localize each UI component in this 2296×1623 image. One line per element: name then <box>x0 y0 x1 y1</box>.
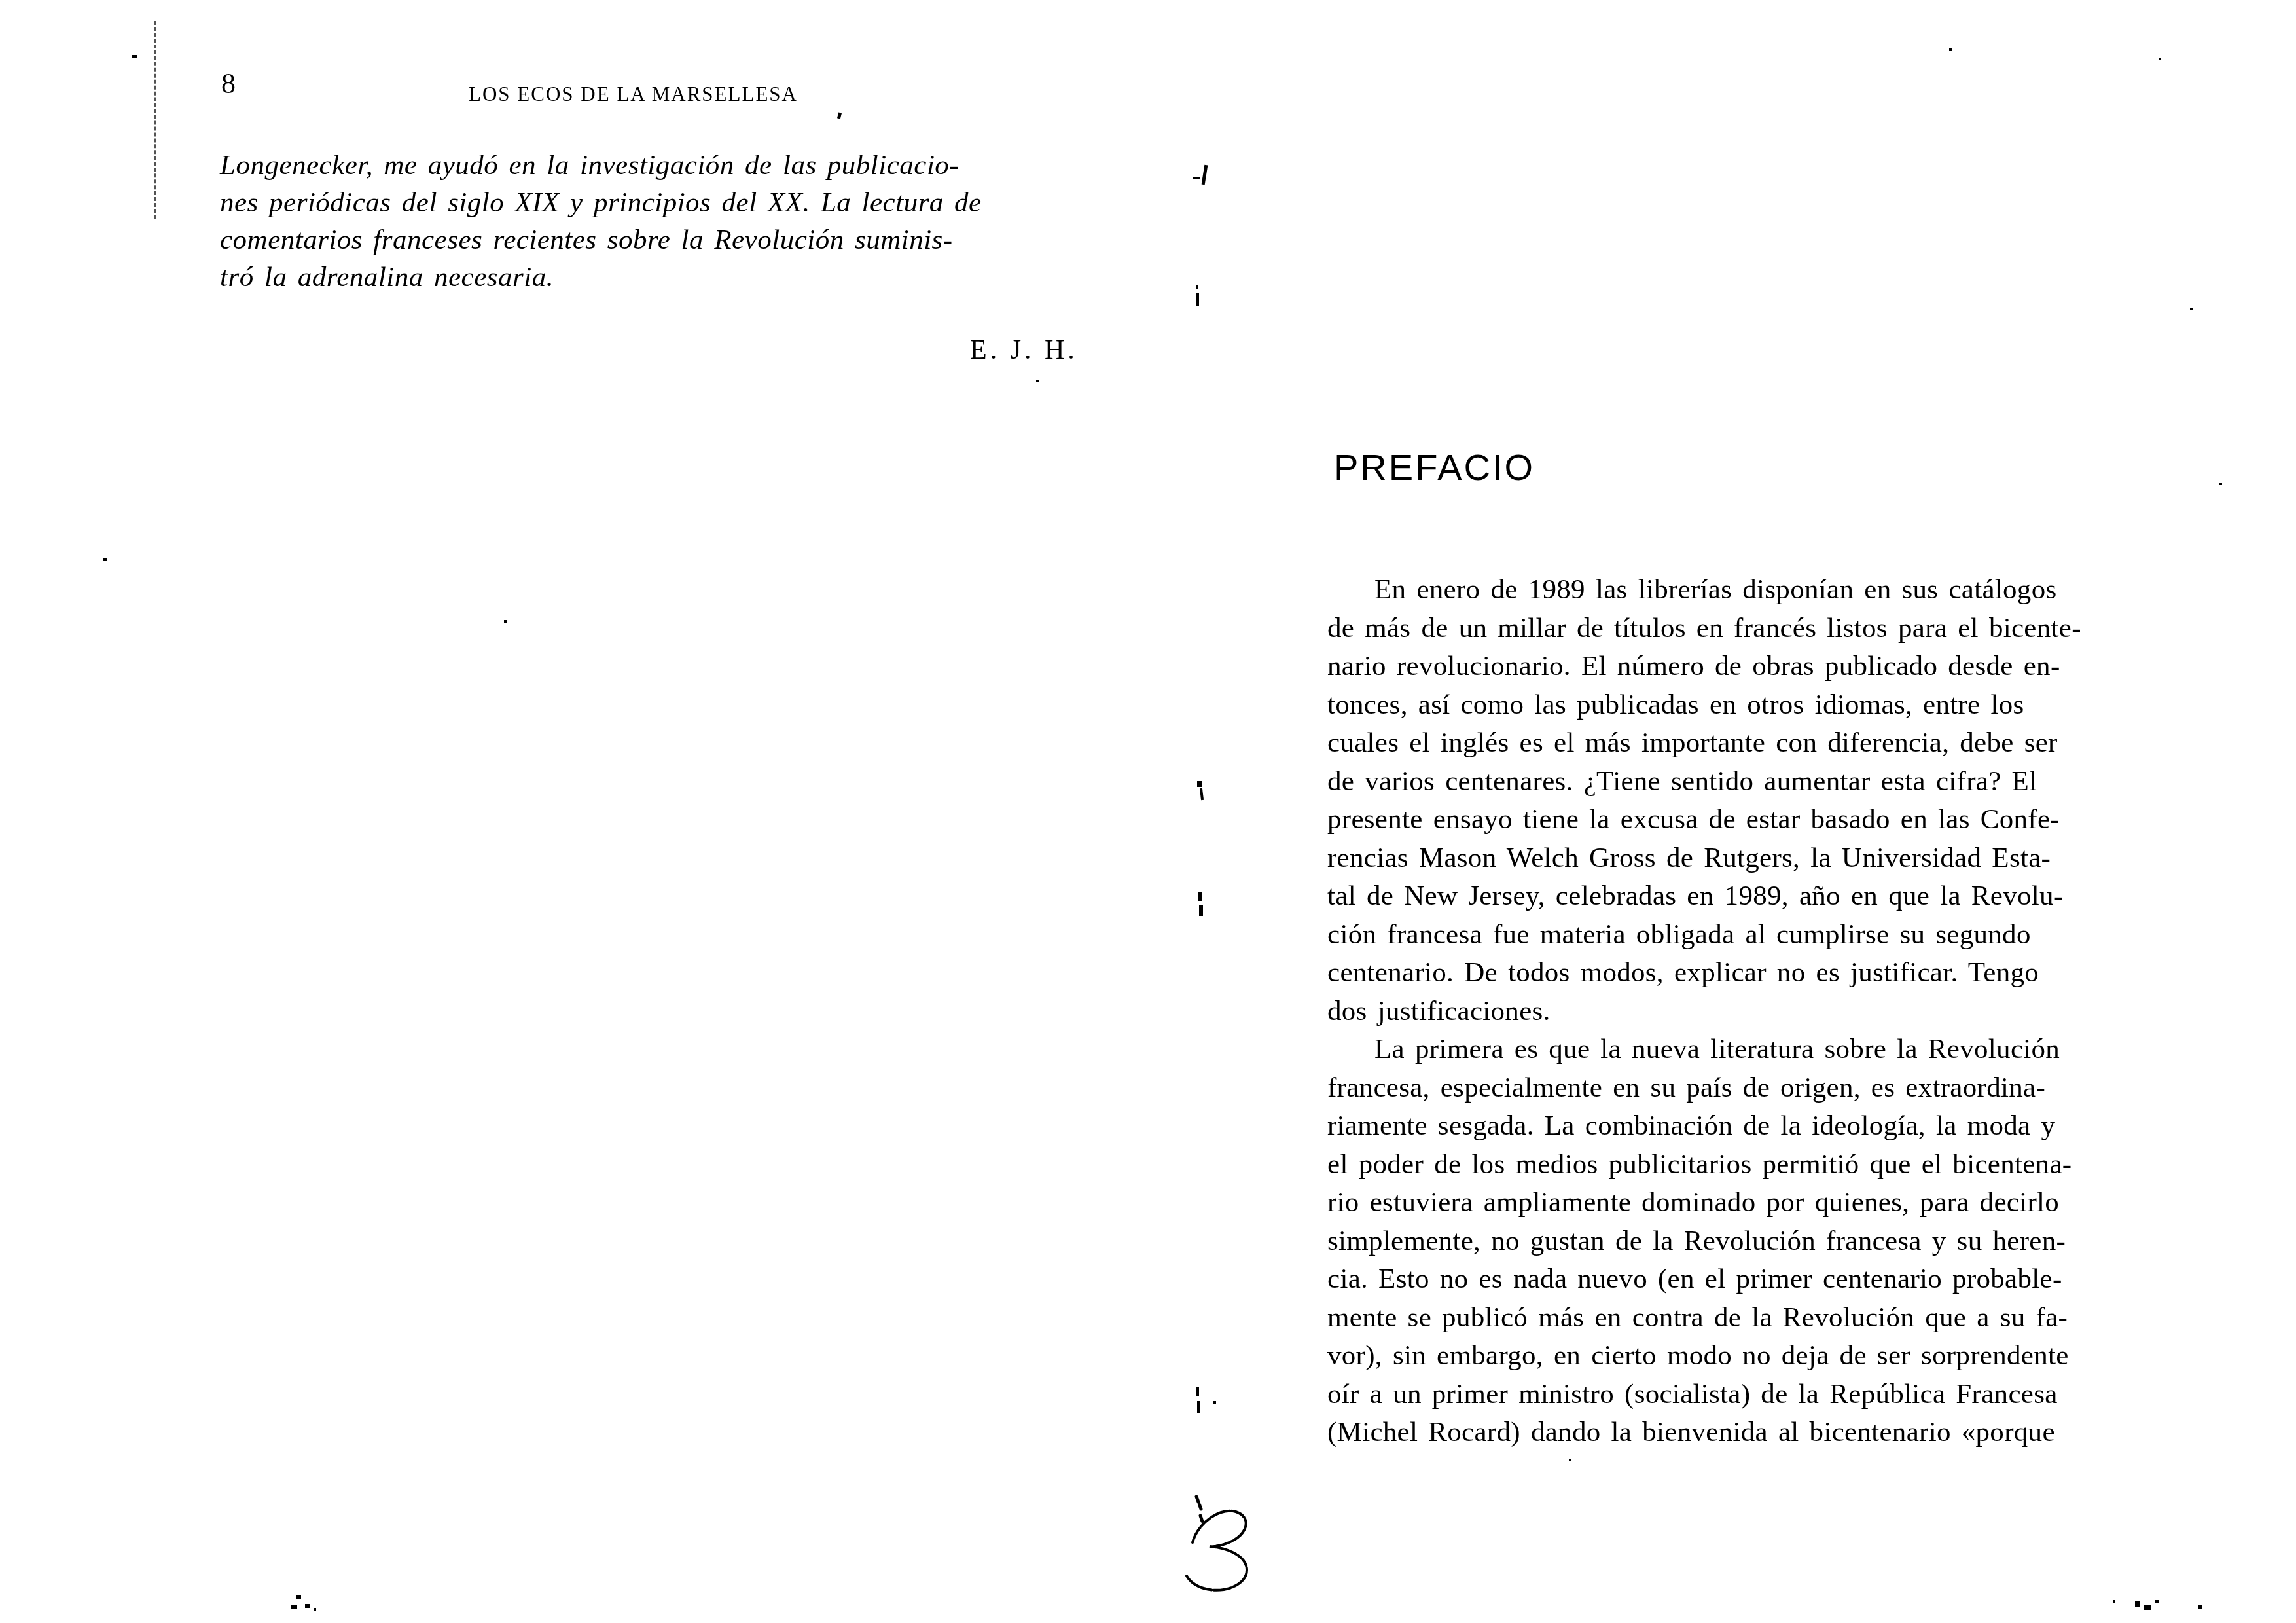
text-line: (Michel Rocard) dando la bienvenida al b… <box>1327 1413 2231 1452</box>
text-line: presente ensayo tiene la excusa de estar… <box>1327 801 2231 839</box>
text-line: nario revolucionario. El número de obras… <box>1327 647 2231 686</box>
gutter-mark <box>1213 1401 1216 1404</box>
gutter-mark <box>1202 165 1208 185</box>
text-line: cia. Esto no es nada nuevo (en el primer… <box>1327 1260 2231 1299</box>
gutter-mark <box>1196 1387 1199 1396</box>
gutter-mark <box>1193 177 1200 179</box>
text-line: cuales el inglés es el más importante co… <box>1327 724 2231 763</box>
scan-speckle <box>305 1604 310 1608</box>
scan-speckle <box>2159 58 2161 60</box>
running-header: LOS ECOS DE LA MARSELLESA <box>469 84 798 104</box>
scan-speckle <box>2190 308 2193 310</box>
text-line: tonces, así como las publicadas en otros… <box>1327 686 2231 725</box>
text-line: tró la adrenalina necesaria. <box>220 259 1103 296</box>
gutter-mark <box>1197 1401 1200 1413</box>
text-line: rencias Mason Welch Gross de Rutgers, la… <box>1327 839 2231 878</box>
text-line: En enero de 1989 las librerías disponían… <box>1327 571 2231 610</box>
page-number: 8 <box>221 69 236 98</box>
scan-speckle <box>1569 1459 1571 1461</box>
text-line: rio estuviera ampliamente dominado por q… <box>1327 1184 2231 1222</box>
gutter-mark <box>1196 293 1199 306</box>
text-line: riamente sesgada. La combinación de la i… <box>1327 1107 2231 1146</box>
text-line: de más de un millar de títulos en francé… <box>1327 610 2231 648</box>
text-line: mente se publicó más en contra de la Rev… <box>1327 1299 2231 1338</box>
scan-speckle <box>2155 1600 2159 1603</box>
scan-speckle <box>2135 1601 2140 1607</box>
scan-speckle <box>1949 48 1952 51</box>
text-line: de varios centenares. ¿Tiene sentido aum… <box>1327 763 2231 801</box>
text-line: comentarios franceses recientes sobre la… <box>220 221 1103 259</box>
text-line: el poder de los medios publicitarios per… <box>1327 1146 2231 1184</box>
text-line: oír a un primer ministro (socialista) de… <box>1327 1376 2231 1414</box>
scan-speckle <box>132 55 137 58</box>
paragraph: La primera es que la nueva literatura so… <box>1327 1030 2231 1452</box>
preface-body-text: En enero de 1989 las librerías disponían… <box>1327 571 2231 1452</box>
text-line: dos justificaciones. <box>1327 993 2231 1031</box>
author-initials: E. J. H. <box>970 337 1078 364</box>
scanned-book-spread: 8 LOS ECOS DE LA MARSELLESA Longenecker,… <box>0 0 2296 1623</box>
scan-speckle <box>2144 1605 2151 1610</box>
handwritten-page-number-3 <box>1173 1485 1265 1596</box>
paragraph: En enero de 1989 las librerías disponían… <box>1327 571 2231 1030</box>
scan-speckle <box>2113 1600 2115 1603</box>
text-line: simplemente, no gustan de la Revolución … <box>1327 1222 2231 1261</box>
scan-speckle <box>2219 483 2222 485</box>
scan-speckle <box>296 1595 301 1599</box>
gutter-mark <box>1199 905 1203 916</box>
text-line: vor), sin embargo, en cierto modo no dej… <box>1327 1337 2231 1376</box>
scan-speckle <box>314 1608 316 1611</box>
scan-speckle <box>291 1605 297 1609</box>
text-line: nes periódicas del siglo XIX y principio… <box>220 184 1103 221</box>
text-line: tal de New Jersey, celebradas en 1989, a… <box>1327 877 2231 916</box>
gutter-mark <box>1200 788 1204 800</box>
text-line: La primera es que la nueva literatura so… <box>1327 1030 2231 1069</box>
scan-speckle <box>2198 1605 2202 1609</box>
text-line: francesa, especialmente en su país de or… <box>1327 1069 2231 1108</box>
dedication-text: Longenecker, me ayudó en la investigació… <box>220 147 1103 296</box>
text-line: Longenecker, me ayudó en la investigació… <box>220 147 1103 184</box>
text-line: ción francesa fue materia obligada al cu… <box>1327 916 2231 955</box>
text-line: centenario. De todos modos, explicar no … <box>1327 954 2231 993</box>
gutter-mark <box>1196 285 1198 289</box>
scan-speckle <box>837 113 842 119</box>
chapter-heading: PREFACIO <box>1334 449 1535 486</box>
scan-speckle <box>1036 380 1039 382</box>
gutter-mark <box>1198 892 1202 901</box>
page-edge-line <box>154 21 156 219</box>
scan-speckle <box>504 620 507 623</box>
scan-speckle <box>103 558 107 561</box>
gutter-mark <box>1197 781 1202 787</box>
